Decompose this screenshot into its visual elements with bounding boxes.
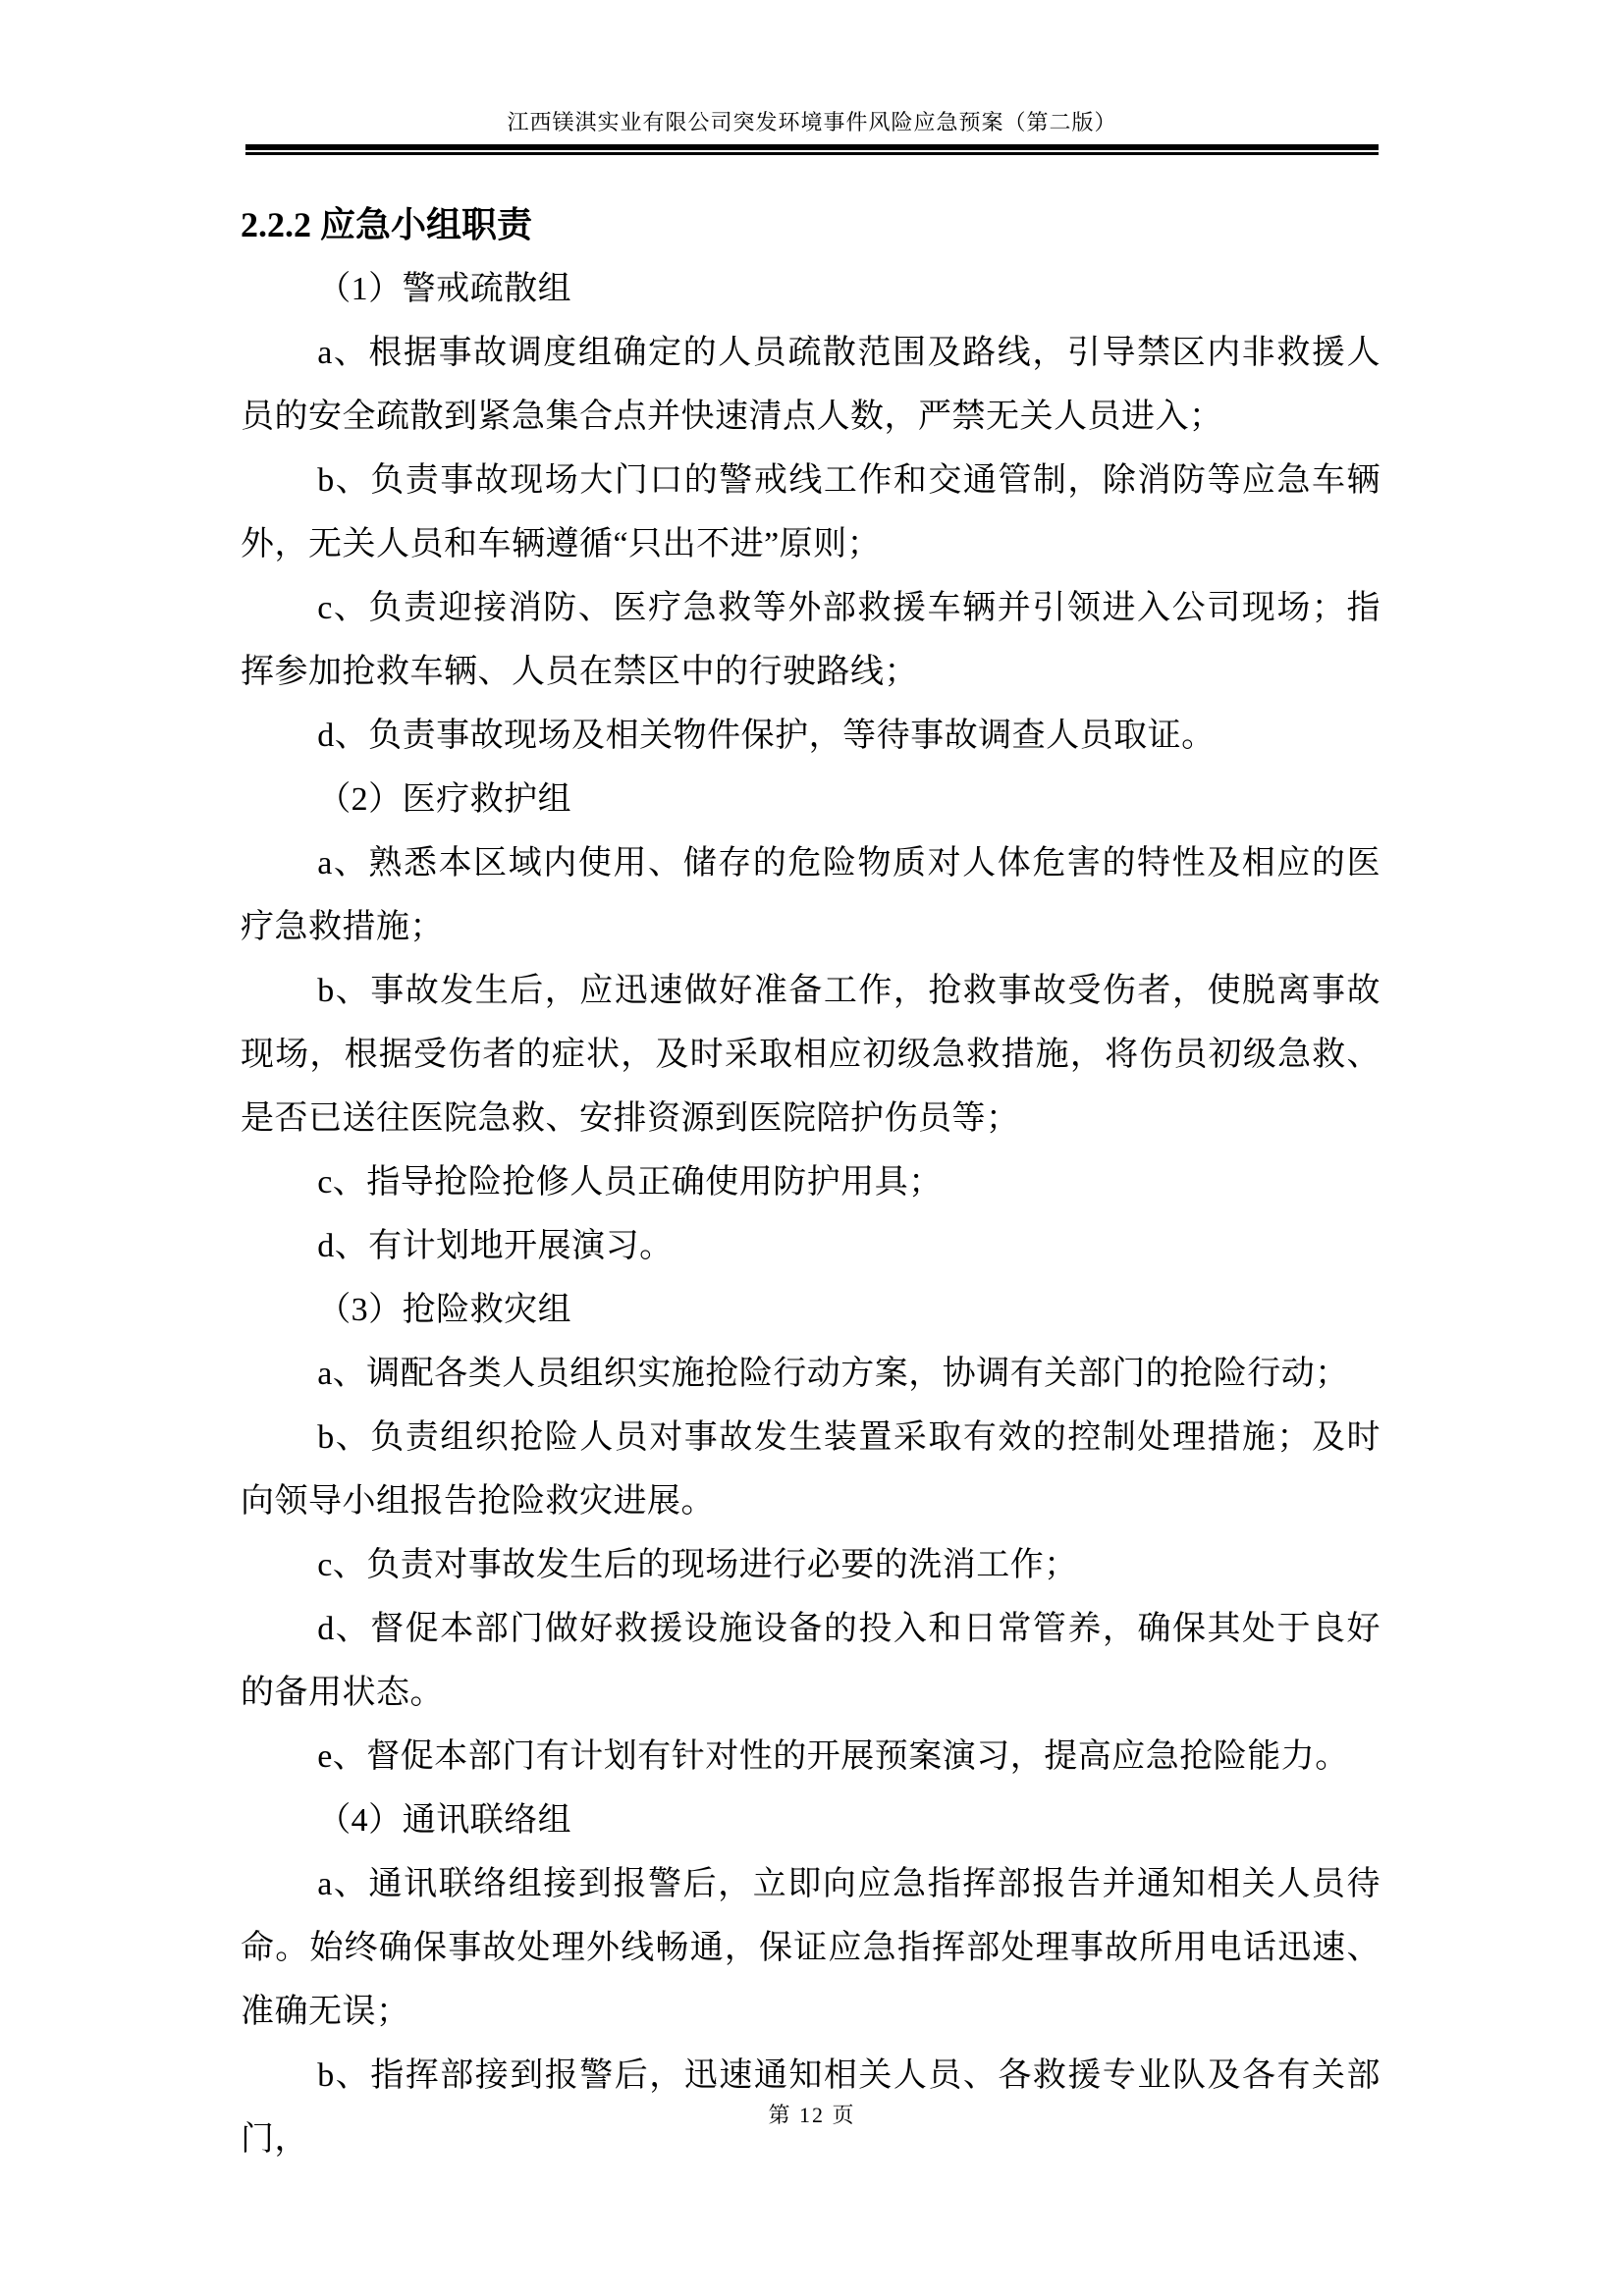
body-paragraph: a、根据事故调度组确定的人员疏散范围及路线，引导禁区内非救援人员的安全疏散到紧急… (241, 321, 1380, 449)
body-paragraph: d、有计划地开展演习。 (241, 1214, 1380, 1278)
body-paragraph: b、负责组织抢险人员对事故发生装置采取有效的控制处理措施；及时向领导小组报告抢险… (241, 1406, 1380, 1533)
body-paragraph: b、事故发生后，应迅速做好准备工作，抢救事故受伤者，使脱离事故现场，根据受伤者的… (241, 959, 1380, 1150)
body-paragraph: a、熟悉本区域内使用、储存的危险物质对人体危害的特性及相应的医疗急救措施； (241, 831, 1380, 959)
section-heading: 2.2.2 应急小组职责 (241, 193, 1380, 257)
group-heading: （2）医疗救护组 (241, 768, 1380, 831)
body-paragraph: d、督促本部门做好救援设施设备的投入和日常管养，确保其处于良好的备用状态。 (241, 1597, 1380, 1725)
group-heading: （4）通讯联络组 (241, 1789, 1380, 1852)
body-paragraph: a、通讯联络组接到报警后，立即向应急指挥部报告并通知相关人员待命。始终确保事故处… (241, 1852, 1380, 2044)
body-paragraph: b、负责事故现场大门口的警戒线工作和交通管制，除消防等应急车辆外，无关人员和车辆… (241, 449, 1380, 576)
page-number: 第 12 页 (0, 2101, 1624, 2130)
body-paragraph: c、负责迎接消防、医疗急救等外部救援车辆并引领进入公司现场；指挥参加抢救车辆、人… (241, 576, 1380, 704)
document-body: 2.2.2 应急小组职责 （1）警戒疏散组 a、根据事故调度组确定的人员疏散范围… (241, 193, 1380, 2171)
header-divider-rule (245, 144, 1379, 155)
body-paragraph: d、负责事故现场及相关物件保护，等待事故调查人员取证。 (241, 704, 1380, 768)
group-heading: （1）警戒疏散组 (241, 257, 1380, 321)
body-paragraph: e、督促本部门有计划有针对性的开展预案演习，提高应急抢险能力。 (241, 1725, 1380, 1789)
group-heading: （3）抢险救灾组 (241, 1278, 1380, 1342)
body-paragraph: c、指导抢险抢修人员正确使用防护用具； (241, 1150, 1380, 1214)
body-paragraph: a、调配各类人员组织实施抢险行动方案，协调有关部门的抢险行动； (241, 1342, 1380, 1406)
document-page: 江西镁淇实业有限公司突发环境事件风险应急预案（第二版） 2.2.2 应急小组职责… (0, 0, 1624, 2296)
body-paragraph: c、负责对事故发生后的现场进行必要的洗消工作； (241, 1533, 1380, 1597)
page-header-title: 江西镁淇实业有限公司突发环境事件风险应急预案（第二版） (0, 110, 1624, 135)
